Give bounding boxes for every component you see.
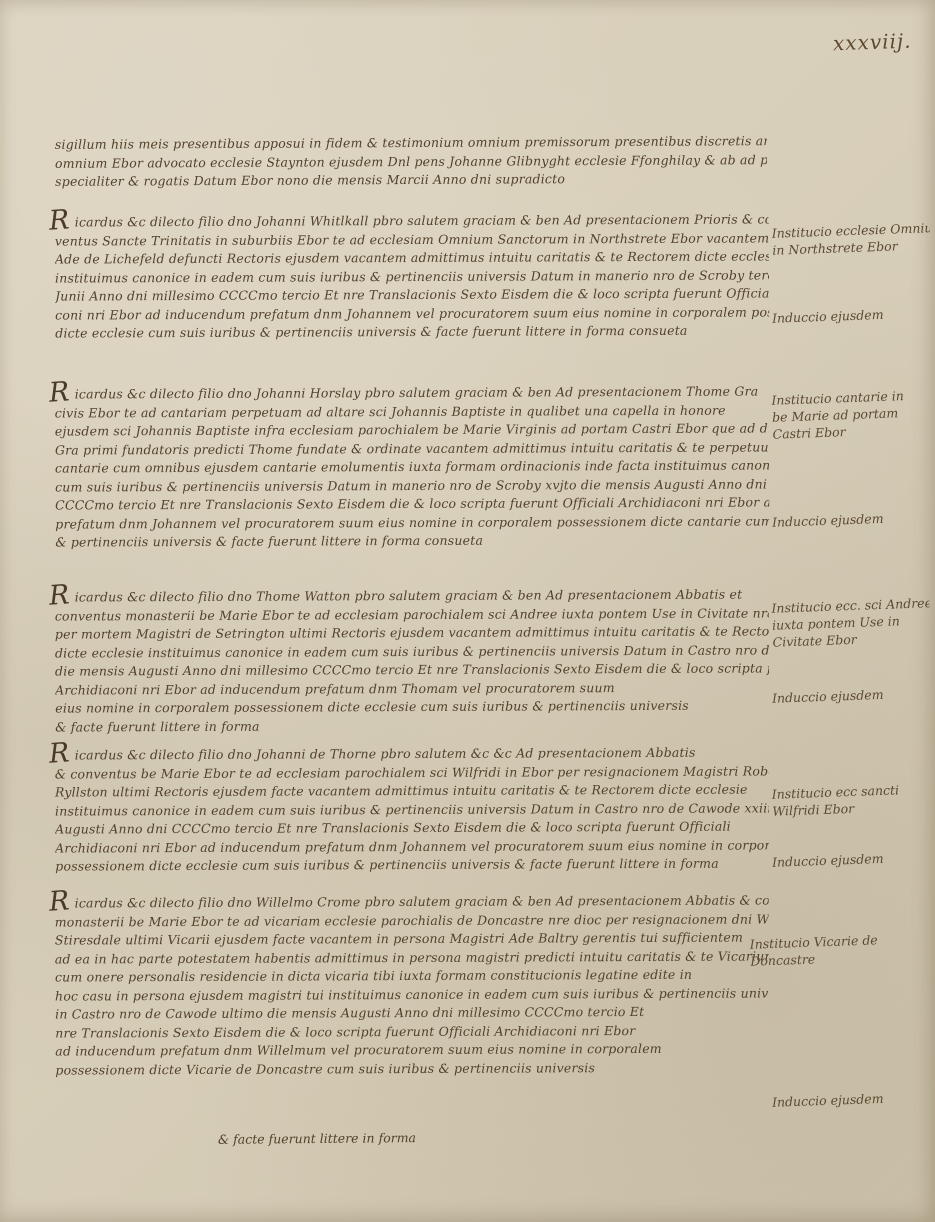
manuscript-line: possessionem dicte Vicarie de Doncastre … <box>55 1058 769 1080</box>
manuscript-line: Induccio ejusdem <box>772 508 930 531</box>
margin-note-institucio-chantry: Institucio cantarie inbe Marie ad portam… <box>771 386 931 442</box>
entry-institution-stwilfrid-york: R icardus &c dilecto filio dno Johanni d… <box>55 745 769 875</box>
opening-text-block: sigillum hiis meis presentibus apposui i… <box>55 132 767 191</box>
margin-note-induccio-3: Induccio ejusdem <box>772 684 930 707</box>
manuscript-line: icardus &c dilecto filio dno Thome Watto… <box>55 585 769 607</box>
manuscript-line: Induccio ejusdem <box>772 1088 930 1111</box>
manuscript-line: hoc casu in persona ejusdem magistri tui… <box>55 984 769 1006</box>
manuscript-line: Ade de Lichefeld defuncti Rectoris ejusd… <box>55 247 769 269</box>
manuscript-line: specialiter & rogatis Datum Ebor nono di… <box>55 169 767 191</box>
manuscript-line: Induccio ejusdem <box>772 848 930 871</box>
margin-note-institucio-allsaints: Institucio ecclesie Omniumin Northstrete… <box>771 219 930 258</box>
manuscript-line: per mortem Magistri de Setrington ultimi… <box>55 622 769 644</box>
entry-institution-chantry-stmary-castlegate: R icardus &c dilecto filio dno Johanni H… <box>55 384 769 551</box>
manuscript-line: dicte ecclesie cum suis iuribus & pertin… <box>55 321 769 343</box>
manuscript-line: die mensis Augusti Anno dni millesimo CC… <box>55 659 769 681</box>
manuscript-line: prefatum dnm Johannem vel procuratorem s… <box>55 512 769 534</box>
margin-note-induccio-1: Induccio ejusdem <box>772 304 930 327</box>
manuscript-line: possessionem dicte ecclesie cum suis iur… <box>55 854 769 876</box>
manuscript-line: Induccio ejusdem <box>772 304 930 327</box>
manuscript-line: Junii Anno dni millesimo CCCCmo tercio E… <box>55 284 769 306</box>
margin-note-induccio-5: Induccio ejusdem <box>772 1088 930 1111</box>
margin-note-induccio-2: Induccio ejusdem <box>772 508 930 531</box>
manuscript-line: cum onere personalis residencie in dicta… <box>55 965 769 987</box>
margin-note-institucio-standrew: Institucio ecc. sci Andreeiuxta pontem U… <box>771 594 931 650</box>
margin-note-induccio-4: Induccio ejusdem <box>772 848 930 871</box>
entry-text: icardus &c dilecto filio dno Willelmo Cr… <box>55 891 770 1079</box>
folio-number: xxxviij. <box>832 29 911 56</box>
entry-text: icardus &c dilecto filio dno Johanni Hor… <box>55 382 770 552</box>
manuscript-line: cantarie cum omnibus ejusdem cantarie em… <box>55 456 769 478</box>
manuscript-page: xxxviij. sigillum hiis meis presentibus … <box>0 0 935 1222</box>
manuscript-line: Ryllston ultimi Rectoris ejusdem facte v… <box>55 780 769 802</box>
entry-institution-standrew-ousebridge: R icardus &c dilecto filio dno Thome Wat… <box>55 587 769 735</box>
manuscript-line: & pertinenciis universis & facte fuerunt… <box>55 530 769 552</box>
manuscript-line: Stiresdale ultimi Vicarii ejusdem facte … <box>55 928 769 950</box>
manuscript-line: icardus &c dilecto filio dno Johanni Hor… <box>55 382 769 404</box>
manuscript-line: & facte fuerunt littere in forma <box>55 715 769 737</box>
manuscript-line: icardus &c dilecto filio dno Willelmo Cr… <box>55 891 769 913</box>
entry-institution-vicarage-doncaster: R icardus &c dilecto filio dno Willelmo … <box>55 893 769 1078</box>
manuscript-line: omnium Ebor advocato ecclesie Staynton e… <box>55 151 767 173</box>
entry-institution-allsaints-northstrete: R icardus &c dilecto filio dno Johanni W… <box>55 212 769 342</box>
closing-line: & facte fuerunt littere in forma <box>218 1128 638 1147</box>
entry-text: icardus &c dilecto filio dno Johanni Whi… <box>55 210 770 343</box>
entry-text: icardus &c dilecto filio dno Johanni de … <box>55 743 770 876</box>
entry-text: icardus &c dilecto filio dno Thome Watto… <box>55 585 770 736</box>
opening-lines: sigillum hiis meis presentibus apposui i… <box>55 132 767 191</box>
manuscript-line: icardus &c dilecto filio dno Johanni Whi… <box>55 210 769 232</box>
manuscript-line: eius nomine in corporalem possessionem d… <box>55 696 769 718</box>
manuscript-line: icardus &c dilecto filio dno Johanni de … <box>55 743 769 765</box>
manuscript-line: Augusti Anno dni CCCCmo tercio Et nre Tr… <box>55 817 769 839</box>
margin-note-institucio-doncaster: Institucio Vicarie deDoncastre <box>749 930 908 969</box>
manuscript-line: Induccio ejusdem <box>772 684 930 707</box>
manuscript-line: CCCCmo tercio Et nre Translacionis Sexto… <box>55 493 769 515</box>
manuscript-line: ejusdem sci Johannis Baptiste infra eccl… <box>55 419 769 441</box>
margin-note-institucio-stwilfrid: Institucio ecc sanctiWilfridi Ebor <box>771 780 930 819</box>
